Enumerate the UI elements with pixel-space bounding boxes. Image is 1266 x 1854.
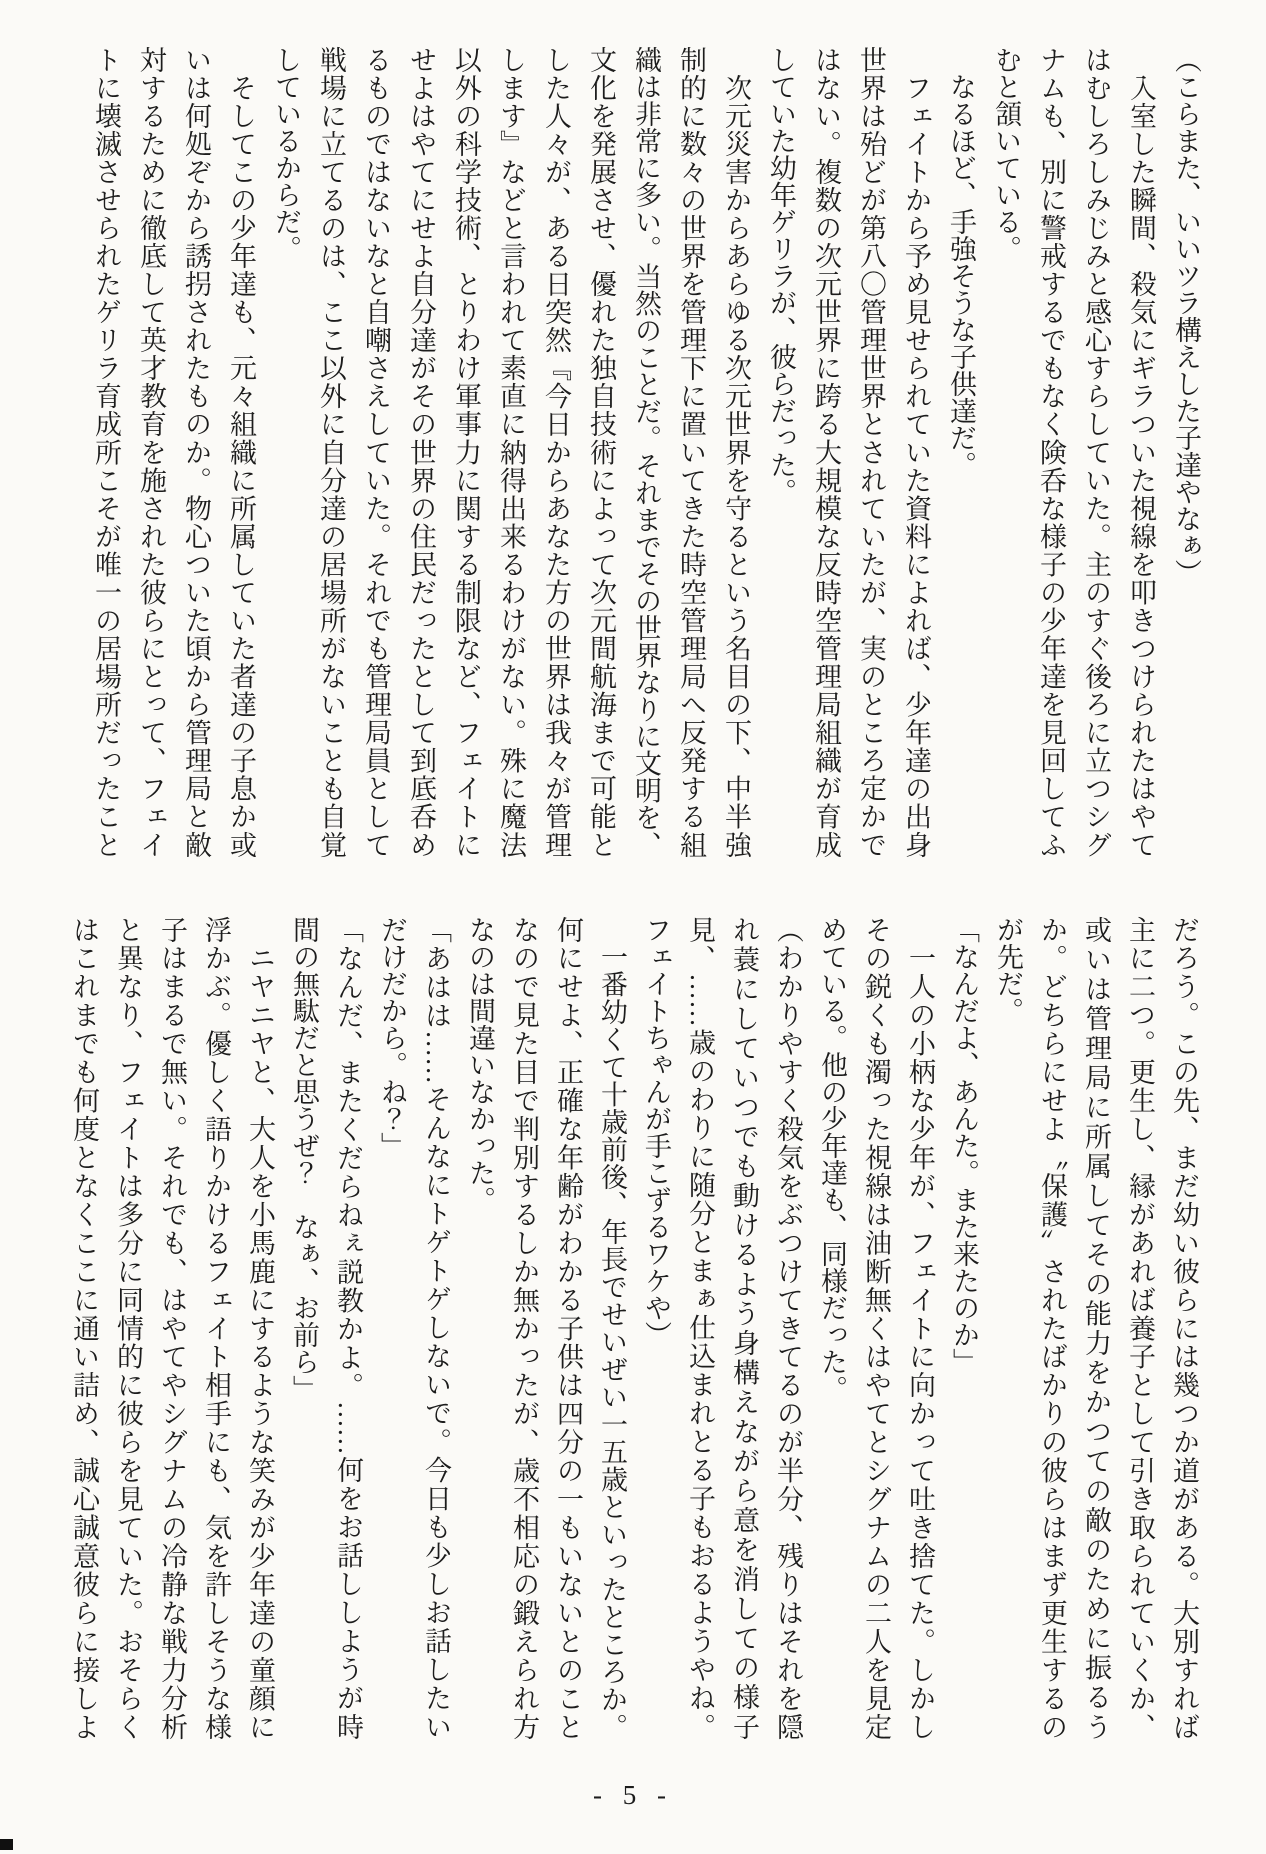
- text-column: ナムも、別に警戒するでもなく険呑な様子の少年達を見回してふ: [1028, 46, 1073, 858]
- text-column: ニヤニヤと、大人を小馬鹿にするような笑みが少年達の童顔に: [238, 916, 282, 1740]
- text-column: むと頷いている。: [983, 46, 1028, 858]
- text-column: 織は非常に多い。当然のことだ。それまでその世界なりに文明を、: [623, 46, 668, 858]
- text-column: しているからだ。: [263, 46, 308, 858]
- text-column: はむしろしみじみと感心すらしていた。主のすぐ後ろに立つシグ: [1073, 46, 1118, 858]
- text-column: せよはやてにせよ自分達がその世界の住民だったとして到底呑め: [398, 46, 443, 858]
- text-column: か。どちらにせよ〝保護〟されたばかりの彼らはまず更生するの: [1030, 916, 1074, 1740]
- text-column: 「なんだ、またくだらねぇ説教かよ。……何をお話ししようが時: [326, 916, 370, 1740]
- text-column: いは何処ぞから誘拐されたものか。物心ついた頃から管理局と敵: [173, 46, 218, 858]
- text-column: が先だ。: [986, 916, 1030, 1740]
- text-column: 見、……歳のわりに随分とまぁ仕込まれとる子もおるようやね。: [678, 916, 722, 1740]
- text-column: フェイトから予め見せられていた資料によれば、少年達の出身: [893, 46, 938, 858]
- page-number: - 5 -: [0, 1780, 1266, 1811]
- text-column: 以外の科学技術、とりわけ軍事力に関する制限など、フェイトに: [443, 46, 488, 858]
- text-column: 何にせよ、正確な年齢がわかる子供は四分の一もいないとのこと: [546, 916, 590, 1740]
- text-column: トに壊滅させられたゲリラ育成所こそが唯一の居場所だったこと: [83, 46, 128, 858]
- text-column: そしてこの少年達も、元々組織に所属していた者達の子息か或: [218, 46, 263, 858]
- text-block-top: （こらまた、いいツラ構えした子達やなぁ） 入室した瞬間、殺気にギラついた視線を叩…: [83, 46, 1208, 858]
- text-column: と異なり、フェイトは多分に同情的に彼らを見ていた。おそらく: [106, 916, 150, 1740]
- text-column: 「なんだよ、あんた。また来たのか」: [942, 916, 986, 1740]
- text-column: その鋭くも濁った視線は油断無くはやてとシグナムの二人を見定: [854, 916, 898, 1740]
- doujin-page: （こらまた、いいツラ構えした子達やなぁ） 入室した瞬間、殺気にギラついた視線を叩…: [0, 0, 1266, 1854]
- text-column: なのは間違いなかった。: [458, 916, 502, 1740]
- text-column: 間の無駄だと思うぜ？ なぁ、お前ら」: [282, 916, 326, 1740]
- text-column: 浮かぶ。優しく語りかけるフェイト相手にも、気を許しそうな様: [194, 916, 238, 1740]
- text-column: だけだから。ね？」: [370, 916, 414, 1740]
- text-column: （わかりやすく殺気をぶつけてきてるのが半分、残りはそれを隠: [766, 916, 810, 1740]
- text-column: めている。他の少年達も、同様だった。: [810, 916, 854, 1740]
- text-column: 一人の小柄な少年が、フェイトに向かって吐き捨てた。しかし: [898, 916, 942, 1740]
- text-column: 「あはは……そんなにトゲトゲしないで。今日も少しお話したい: [414, 916, 458, 1740]
- text-column: フェイトちゃんが手こずるワケや）: [634, 916, 678, 1740]
- text-column: 子はまるで無い。それでも、はやてやシグナムの冷静な戦力分析: [150, 916, 194, 1740]
- text-column: るものではないなと自嘲さえしていた。それでも管理局員として: [353, 46, 398, 858]
- text-column: はこれまでも何度となくここに通い詰め、誠心誠意彼らに接しよ: [62, 916, 106, 1740]
- text-column: 次元災害からあらゆる次元世界を守るという名目の下、中半強: [713, 46, 758, 858]
- text-column: 文化を発展させ、優れた独自技術によって次元間航海まで可能と: [578, 46, 623, 858]
- text-column: なので見た目で判別するしか無かったが、歳不相応の鍛えられ方: [502, 916, 546, 1740]
- text-column: 或いは管理局に所属してその能力をかつての敵のために振るう: [1074, 916, 1118, 1740]
- text-column: 制的に数々の世界を管理下に置いてきた時空管理局へ反発する組: [668, 46, 713, 858]
- text-column: 主に二つ。更生し、縁があれば養子として引き取られていくか、: [1118, 916, 1162, 1740]
- text-column: 一番幼くて十歳前後、年長でせいぜい一五歳といったところか。: [590, 916, 634, 1740]
- text-column: はない。複数の次元世界に跨る大規模な反時空管理局組織が育成: [803, 46, 848, 858]
- text-column: 戦場に立てるのは、ここ以外に自分達の居場所がないことも自覚: [308, 46, 353, 858]
- text-column: れ蓑にしていつでも動けるよう身構えながら意を消しての様子: [722, 916, 766, 1740]
- text-column: します』などと言われて素直に納得出来るわけがない。殊に魔法: [488, 46, 533, 858]
- text-column: していた幼年ゲリラが、彼らだった。: [758, 46, 803, 858]
- text-column: 対するために徹底して英才教育を施された彼らにとって、フェイ: [128, 46, 173, 858]
- text-column: （こらまた、いいツラ構えした子達やなぁ）: [1163, 46, 1208, 858]
- scan-artifact: [0, 1839, 13, 1850]
- text-column: 入室した瞬間、殺気にギラついた視線を叩きつけられたはやて: [1118, 46, 1163, 858]
- text-column: した人々が、ある日突然『今日からあなた方の世界は我々が管理: [533, 46, 578, 858]
- text-column: なるほど、手強そうな子供達だ。: [938, 46, 983, 858]
- text-column: 世界は殆どが第八〇管理世界とされていたが、実のところ定かで: [848, 46, 893, 858]
- text-block-bottom: だろう。この先、まだ幼い彼らには幾つか道がある。大別すれば 主に二つ。更生し、縁…: [62, 916, 1206, 1740]
- text-column: だろう。この先、まだ幼い彼らには幾つか道がある。大別すれば: [1162, 916, 1206, 1740]
